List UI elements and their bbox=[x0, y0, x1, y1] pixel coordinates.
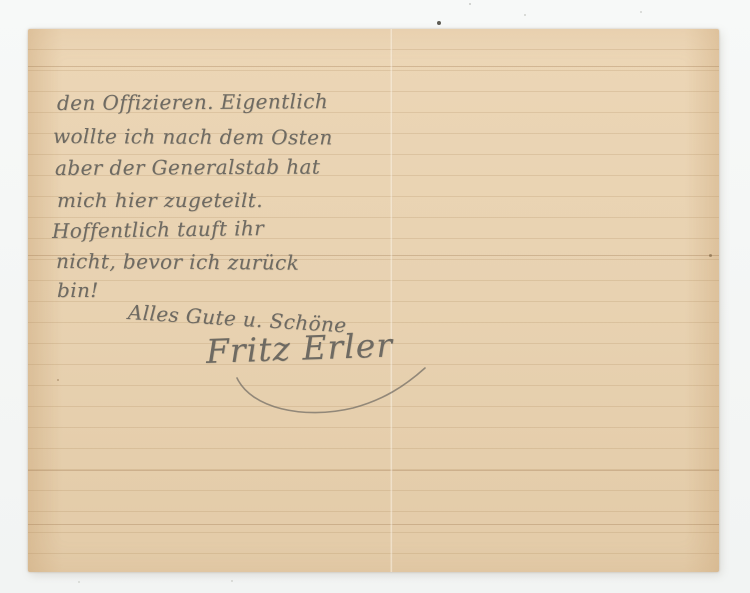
dust-speck bbox=[231, 580, 233, 582]
handwriting-line-3: aber der Generalstab hat bbox=[55, 155, 320, 180]
handwriting-line-4: mich hier zugeteilt. bbox=[57, 188, 263, 212]
ruled-line bbox=[28, 66, 719, 67]
handwriting-line-1: den Offizieren. Eigentlich bbox=[57, 89, 328, 115]
scan-background: den Offizieren. Eigentlich wollte ich na… bbox=[0, 0, 750, 593]
paper-speck bbox=[709, 254, 712, 257]
handwriting-line-6: nicht, bevor ich zurück bbox=[56, 249, 299, 275]
handwriting-line-2: wollte ich nach dem Osten bbox=[53, 124, 333, 149]
dust-speck bbox=[78, 581, 80, 583]
ruled-line bbox=[28, 470, 719, 471]
signature-flourish bbox=[233, 364, 433, 424]
letter-page: den Offizieren. Eigentlich wollte ich na… bbox=[28, 29, 719, 572]
handwriting-line-7: bin! bbox=[57, 278, 99, 302]
paper-speck bbox=[57, 379, 59, 381]
dust-speck bbox=[437, 21, 441, 25]
dust-speck bbox=[469, 3, 471, 5]
dust-speck bbox=[640, 11, 642, 13]
dust-speck bbox=[524, 14, 526, 16]
signature: Fritz Erler bbox=[205, 325, 393, 371]
ruled-line bbox=[28, 524, 719, 525]
handwriting-line-5: Hoffentlich tauft ihr bbox=[52, 216, 264, 243]
paper-fold-line bbox=[390, 29, 393, 572]
